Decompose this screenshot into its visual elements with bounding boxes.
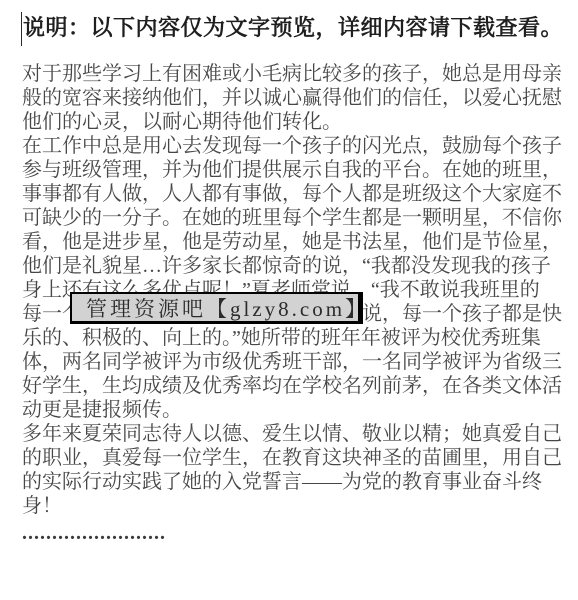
document-preview-page: { "header": { "text": "说明：以下内容仅为文字预览，详细内… xyxy=(0,0,578,600)
text-line: 他们的心灵，以耐心期待他们转化。 xyxy=(22,110,567,134)
preview-notice-header: 说明：以下内容仅为文字预览，详细内容请下载查看。 xyxy=(23,11,563,42)
text-line: 参与班级管理，并为他们提供展示自我的平台。在她的班里， xyxy=(22,158,567,182)
text-line: 的实际行动实践了她的入党誓言——为党的教育事业奋斗终 xyxy=(22,470,567,494)
paragraph-2: 在工作中总是用心去发现每一个孩子的闪光点，鼓励每个孩子 参与班级管理，并为他们提… xyxy=(22,134,567,422)
text-line: 多年来夏荣同志待人以德、爱生以情、敬业以精；她真爱自己 xyxy=(22,422,567,446)
paragraph-1: 对于那些学习上有困难或小毛病比较多的孩子，她总是用母亲 般的宽容来接纳他们，并以… xyxy=(22,62,567,134)
site-watermark-stamp: 管理资源吧【glzy8.com】 xyxy=(70,292,363,324)
text-line: 他们是礼貌星…许多家长都惊奇的说，“我都没发现我的孩子 xyxy=(22,254,567,278)
text-line: 身！ xyxy=(22,494,567,518)
text-line: 事事都有人做，人人都有事做，每个人都是班级这个大家庭不 xyxy=(22,182,567,206)
text-line: 般的宽容来接纳他们，并以诚心赢得他们的信任，以爱心抚慰 xyxy=(22,86,567,110)
truncation-dots: ........................ xyxy=(22,518,567,542)
text-line: 体，两名同学被评为市级优秀班干部，一名同学被评为省级三 xyxy=(22,350,567,374)
text-line: 在工作中总是用心去发现每一个孩子的闪光点，鼓励每个孩子 xyxy=(22,134,567,158)
text-line: 好学生，生均成绩及优秀率均在学校名列前茅，在各类文体活 xyxy=(22,374,567,398)
text-line: 动更是捷报频传。 xyxy=(22,398,567,422)
text-line: 乐的、积极的、向上的。”她所带的班年年被评为校优秀班集 xyxy=(22,326,567,350)
text-line: 看，他是进步星，他是劳动星，她是书法星，他们是节俭星， xyxy=(22,230,567,254)
text-caret xyxy=(21,12,22,46)
text-line: 可缺少的一分子。在她的班里每个学生都是一颗明星，不信你 xyxy=(22,206,567,230)
text-line: 的职业，真爱每一位学生，在教育这块神圣的苗圃里，用自己 xyxy=(22,446,567,470)
paragraph-3: 多年来夏荣同志待人以德、爱生以情、敬业以精；她真爱自己 的职业，真爱每一位学生，… xyxy=(22,422,567,518)
text-line: 对于那些学习上有困难或小毛病比较多的孩子，她总是用母亲 xyxy=(22,62,567,86)
